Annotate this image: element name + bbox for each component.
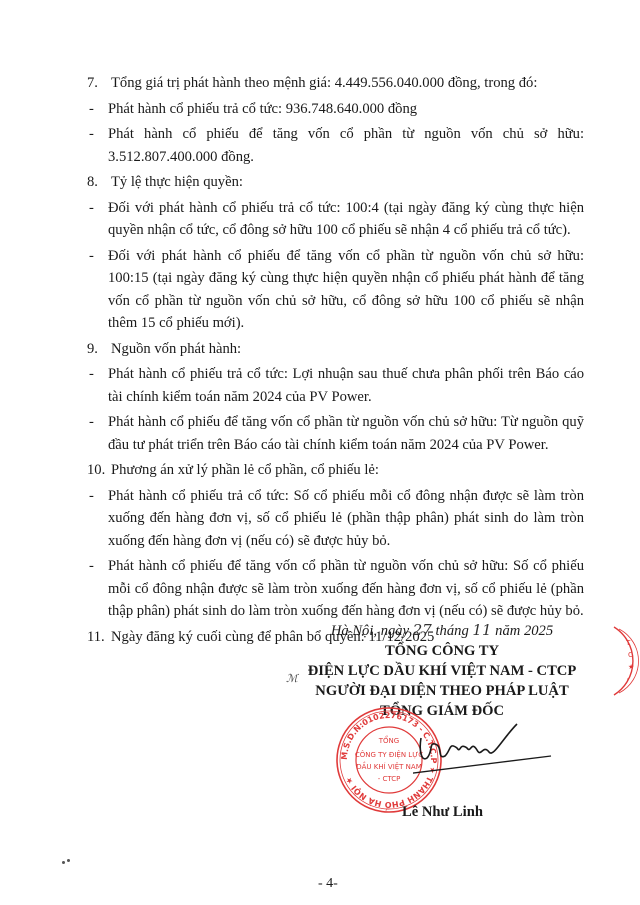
- sub-item: -Phát hành cổ phiếu trả cổ tức: Số cổ ph…: [87, 485, 584, 553]
- bullet-dash: -: [87, 123, 108, 168]
- sub-item-text: Đối với phát hành cổ phiếu để tăng vốn c…: [108, 245, 584, 335]
- bullet-dash: -: [87, 98, 108, 121]
- month-handwritten: 11: [472, 621, 491, 639]
- svg-text:★: ★: [628, 663, 634, 671]
- item-title: Tỷ lệ thực hiện quyền:: [111, 171, 584, 194]
- item-heading: 8.Tỷ lệ thực hiện quyền:: [87, 171, 584, 194]
- svg-text:- CTCP: - CTCP: [378, 775, 401, 783]
- sub-item: -Phát hành cổ phiếu để tăng vốn cổ phần …: [87, 411, 584, 456]
- date-line: Hà Nội, ngày 27 tháng 11 năm 2025: [282, 620, 602, 641]
- item-number: 10.: [87, 459, 111, 482]
- item-number: 9.: [87, 338, 111, 361]
- sub-item-text: Phát hành cổ phiếu trả cổ tức: Lợi nhuận…: [108, 363, 584, 408]
- org-line-1: TỔNG CÔNG TY: [282, 641, 602, 661]
- item-heading: 10.Phương án xử lý phần lẻ cổ phần, cổ p…: [87, 459, 584, 482]
- sub-item-text: Phát hành cổ phiếu trả cổ tức: Số cổ phi…: [108, 485, 584, 553]
- page-number: - 4-: [318, 876, 338, 892]
- day-handwritten: 27: [413, 621, 432, 639]
- bullet-dash: -: [87, 555, 108, 623]
- item-title: Phương án xử lý phần lẻ cổ phần, cổ phiế…: [111, 459, 584, 482]
- bullet-dash: -: [87, 197, 108, 242]
- item-number: 11.: [87, 626, 111, 649]
- document-page: 7.Tổng giá trị phát hành theo mệnh giá: …: [0, 0, 640, 905]
- svg-text:TỔNG: TỔNG: [378, 735, 399, 745]
- bullet-dash: -: [87, 363, 108, 408]
- sub-item-text: Phát hành cổ phiếu để tăng vốn cổ phần t…: [108, 123, 584, 168]
- bullet-dash: -: [87, 411, 108, 456]
- role-line-1: NGƯỜI ĐẠI DIỆN THEO PHÁP LUẬT: [282, 681, 602, 701]
- document-body: 7.Tổng giá trị phát hành theo mệnh giá: …: [87, 72, 584, 651]
- org-line-2: ĐIỆN LỰC DẦU KHÍ VIỆT NAM - CTCP: [282, 661, 602, 681]
- date-prefix: Hà Nội, ngày: [331, 623, 409, 639]
- sub-item-text: Đối với phát hành cổ phiếu trả cổ tức: 1…: [108, 197, 584, 242]
- item-heading: 9.Nguồn vốn phát hành:: [87, 338, 584, 361]
- sub-item-text: Phát hành cổ phiếu để tăng vốn cổ phần t…: [108, 555, 584, 623]
- year-label: năm 2025: [495, 623, 553, 639]
- handwritten-signature-icon: [413, 718, 553, 788]
- bullet-dash: -: [87, 245, 108, 335]
- bullet-dash: -: [87, 485, 108, 553]
- sub-item: -Đối với phát hành cổ phiếu để tăng vốn …: [87, 245, 584, 335]
- item-title: Tổng giá trị phát hành theo mệnh giá: 4.…: [111, 72, 584, 95]
- item-number: 8.: [87, 171, 111, 194]
- scan-speck: [67, 859, 70, 862]
- sub-item: -Phát hành cổ phiếu để tăng vốn cổ phần …: [87, 123, 584, 168]
- sub-item: -Đối với phát hành cổ phiếu trả cổ tức: …: [87, 197, 584, 242]
- scan-speck: [62, 861, 65, 864]
- sub-item-text: Phát hành cổ phiếu trả cổ tức: 936.748.6…: [108, 98, 584, 121]
- signer-name: Lê Như Linh: [402, 804, 483, 821]
- sub-item: -Phát hành cổ phiếu để tăng vốn cổ phần …: [87, 555, 584, 623]
- sub-item: -Phát hành cổ phiếu trả cổ tức: Lợi nhuậ…: [87, 363, 584, 408]
- list-item-10: 10.Phương án xử lý phần lẻ cổ phần, cổ p…: [87, 459, 584, 623]
- sub-item: -Phát hành cổ phiếu trả cổ tức: 936.748.…: [87, 98, 584, 121]
- list-item-8: 8.Tỷ lệ thực hiện quyền:-Đối với phát hà…: [87, 171, 584, 335]
- item-title: Nguồn vốn phát hành:: [111, 338, 584, 361]
- svg-text:DẦU KHÍ VIỆT NAM: DẦU KHÍ VIỆT NAM: [356, 761, 422, 771]
- list-item-7: 7.Tổng giá trị phát hành theo mệnh giá: …: [87, 72, 584, 168]
- svg-text:T: T: [625, 639, 631, 647]
- item-number: 7.: [87, 72, 111, 95]
- sub-item-text: Phát hành cổ phiếu để tăng vốn cổ phần t…: [108, 411, 584, 456]
- stamp-fragment-icon: T C ★ /: [612, 625, 640, 697]
- list-item-9: 9.Nguồn vốn phát hành:-Phát hành cổ phiế…: [87, 338, 584, 457]
- item-heading: 7.Tổng giá trị phát hành theo mệnh giá: …: [87, 72, 584, 95]
- month-label: tháng: [436, 623, 469, 639]
- svg-text:C: C: [628, 651, 633, 659]
